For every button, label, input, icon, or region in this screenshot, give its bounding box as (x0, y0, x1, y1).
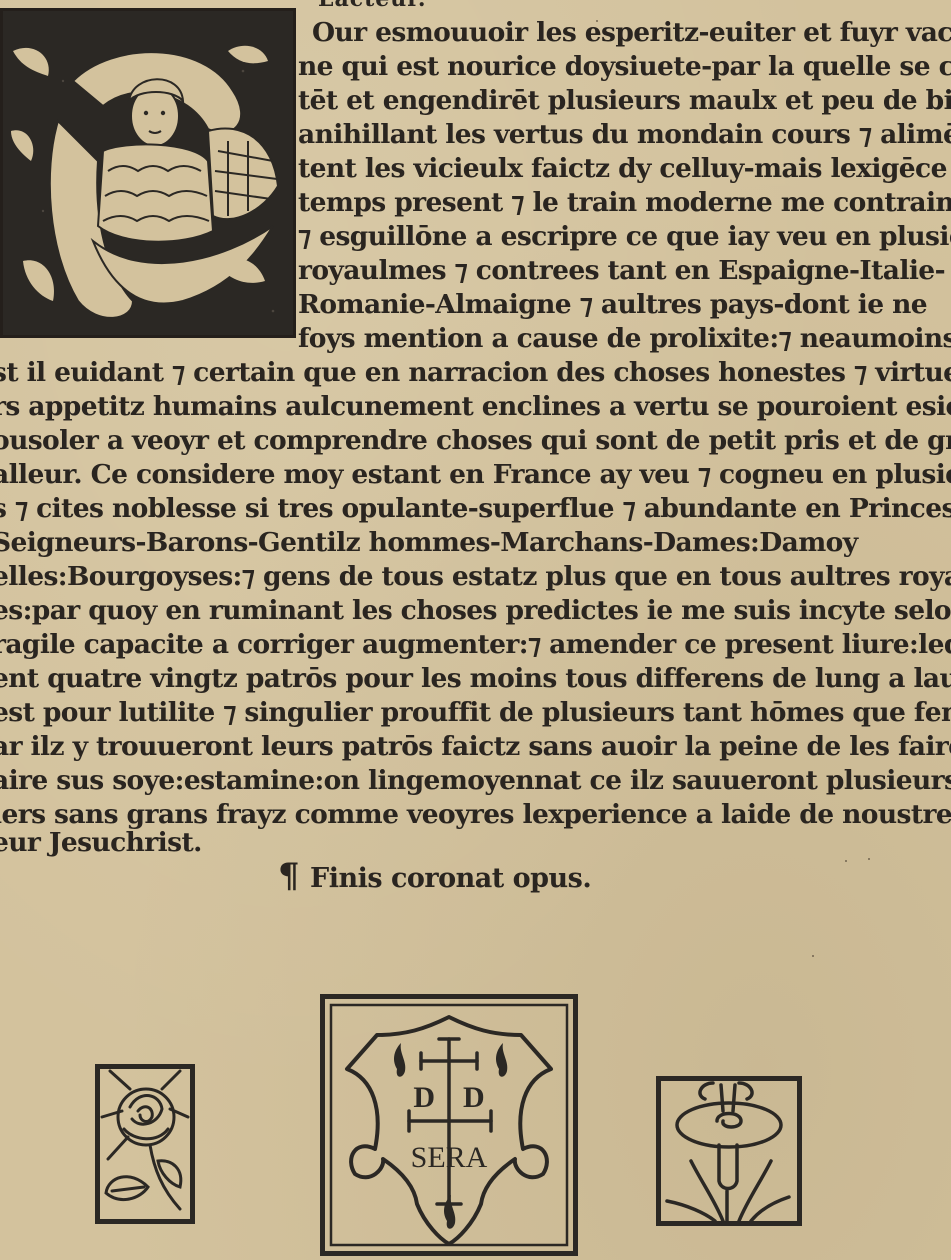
text-line-22: ar ilz y trouueront leurs patrōs faictz … (0, 730, 951, 763)
text-line-6: temps present ⁊ le train moderne me cont… (298, 186, 951, 219)
text-line-14: alleur. Ce considere moy estant en Franc… (0, 458, 951, 491)
rose-icon (100, 1069, 190, 1219)
text-line-12: rs appetitz humains aulcunement enclines… (0, 390, 951, 423)
print-speck (868, 858, 870, 860)
running-head: Lacteur. (318, 0, 427, 12)
text-line-15: s ⁊ cites noblesse si tres opulante-supe… (0, 492, 951, 525)
rose-woodcut (95, 1064, 195, 1224)
mark-letter-d-left: D (413, 1081, 435, 1114)
text-line-17: elles:Bourgoyses:⁊ gens de tous estatz p… (0, 560, 951, 593)
text-line-10: foys mention a cause de prolixite:⁊ neau… (298, 322, 951, 355)
text-line-4: anihillant les vertus du mondain cours ⁊… (298, 118, 951, 151)
text-line-3: tēt et engendirēt plusieurs maulx et peu… (298, 84, 951, 117)
text-line-19: ragile capacite a corriger augmenter:⁊ a… (0, 628, 951, 661)
text-line-7: ⁊ esguillōne a escripre ce que iay veu e… (298, 220, 951, 253)
text-line-8: royaulmes ⁊ contrees tant en Espaigne-It… (298, 254, 945, 287)
colophon: ¶ Finis coronat opus. (278, 856, 591, 896)
text-line-2: ne qui est nourice doysiuete-par la quel… (298, 50, 951, 83)
text-line-21: est pour lutilite ⁊ singulier prouffit d… (0, 696, 951, 729)
woodcut-initial-icon (3, 11, 293, 335)
text-line-13: ousoler a veoyr et comprendre choses qui… (0, 424, 951, 457)
shield-cross-icon: D D SERA (325, 999, 573, 1251)
print-speck (596, 20, 598, 22)
printer-mark-woodcut: D D SERA (320, 994, 578, 1256)
mark-letters-sera: SERA (411, 1141, 488, 1174)
print-speck (812, 955, 814, 957)
print-speck (845, 860, 847, 862)
text-line-11: st il euidant ⁊ certain que en narracion… (0, 356, 951, 389)
mark-letter-d-right: D (463, 1081, 485, 1114)
text-line-9: Romanie-Almaigne ⁊ aultres pays-dont ie … (298, 288, 927, 321)
text-line-25: eur Jesuchrist. (0, 826, 202, 859)
colophon-text: Finis coronat opus. (310, 863, 591, 894)
carnation-icon (661, 1081, 797, 1221)
pilcrow-icon: ¶ (278, 856, 299, 896)
text-line-5: tent les vicieulx faictz dy celluy-mais … (298, 152, 951, 185)
carnation-woodcut (656, 1076, 802, 1226)
text-line-1: Our esmouuoir les esperitz-euiter et fuy… (312, 16, 951, 49)
book-page: Lacteur. (0, 0, 951, 1260)
text-line-20: ent quatre vingtz patrōs pour les moins … (0, 662, 951, 695)
text-line-16: Seigneurs-Barons-Gentilz hommes-Marchans… (0, 526, 858, 559)
text-line-23: aire sus soye:estamine:on lingemoyennat … (0, 764, 951, 797)
text-line-18: es:par quoy en ruminant les choses predi… (0, 594, 951, 627)
decorated-initial (0, 8, 296, 338)
